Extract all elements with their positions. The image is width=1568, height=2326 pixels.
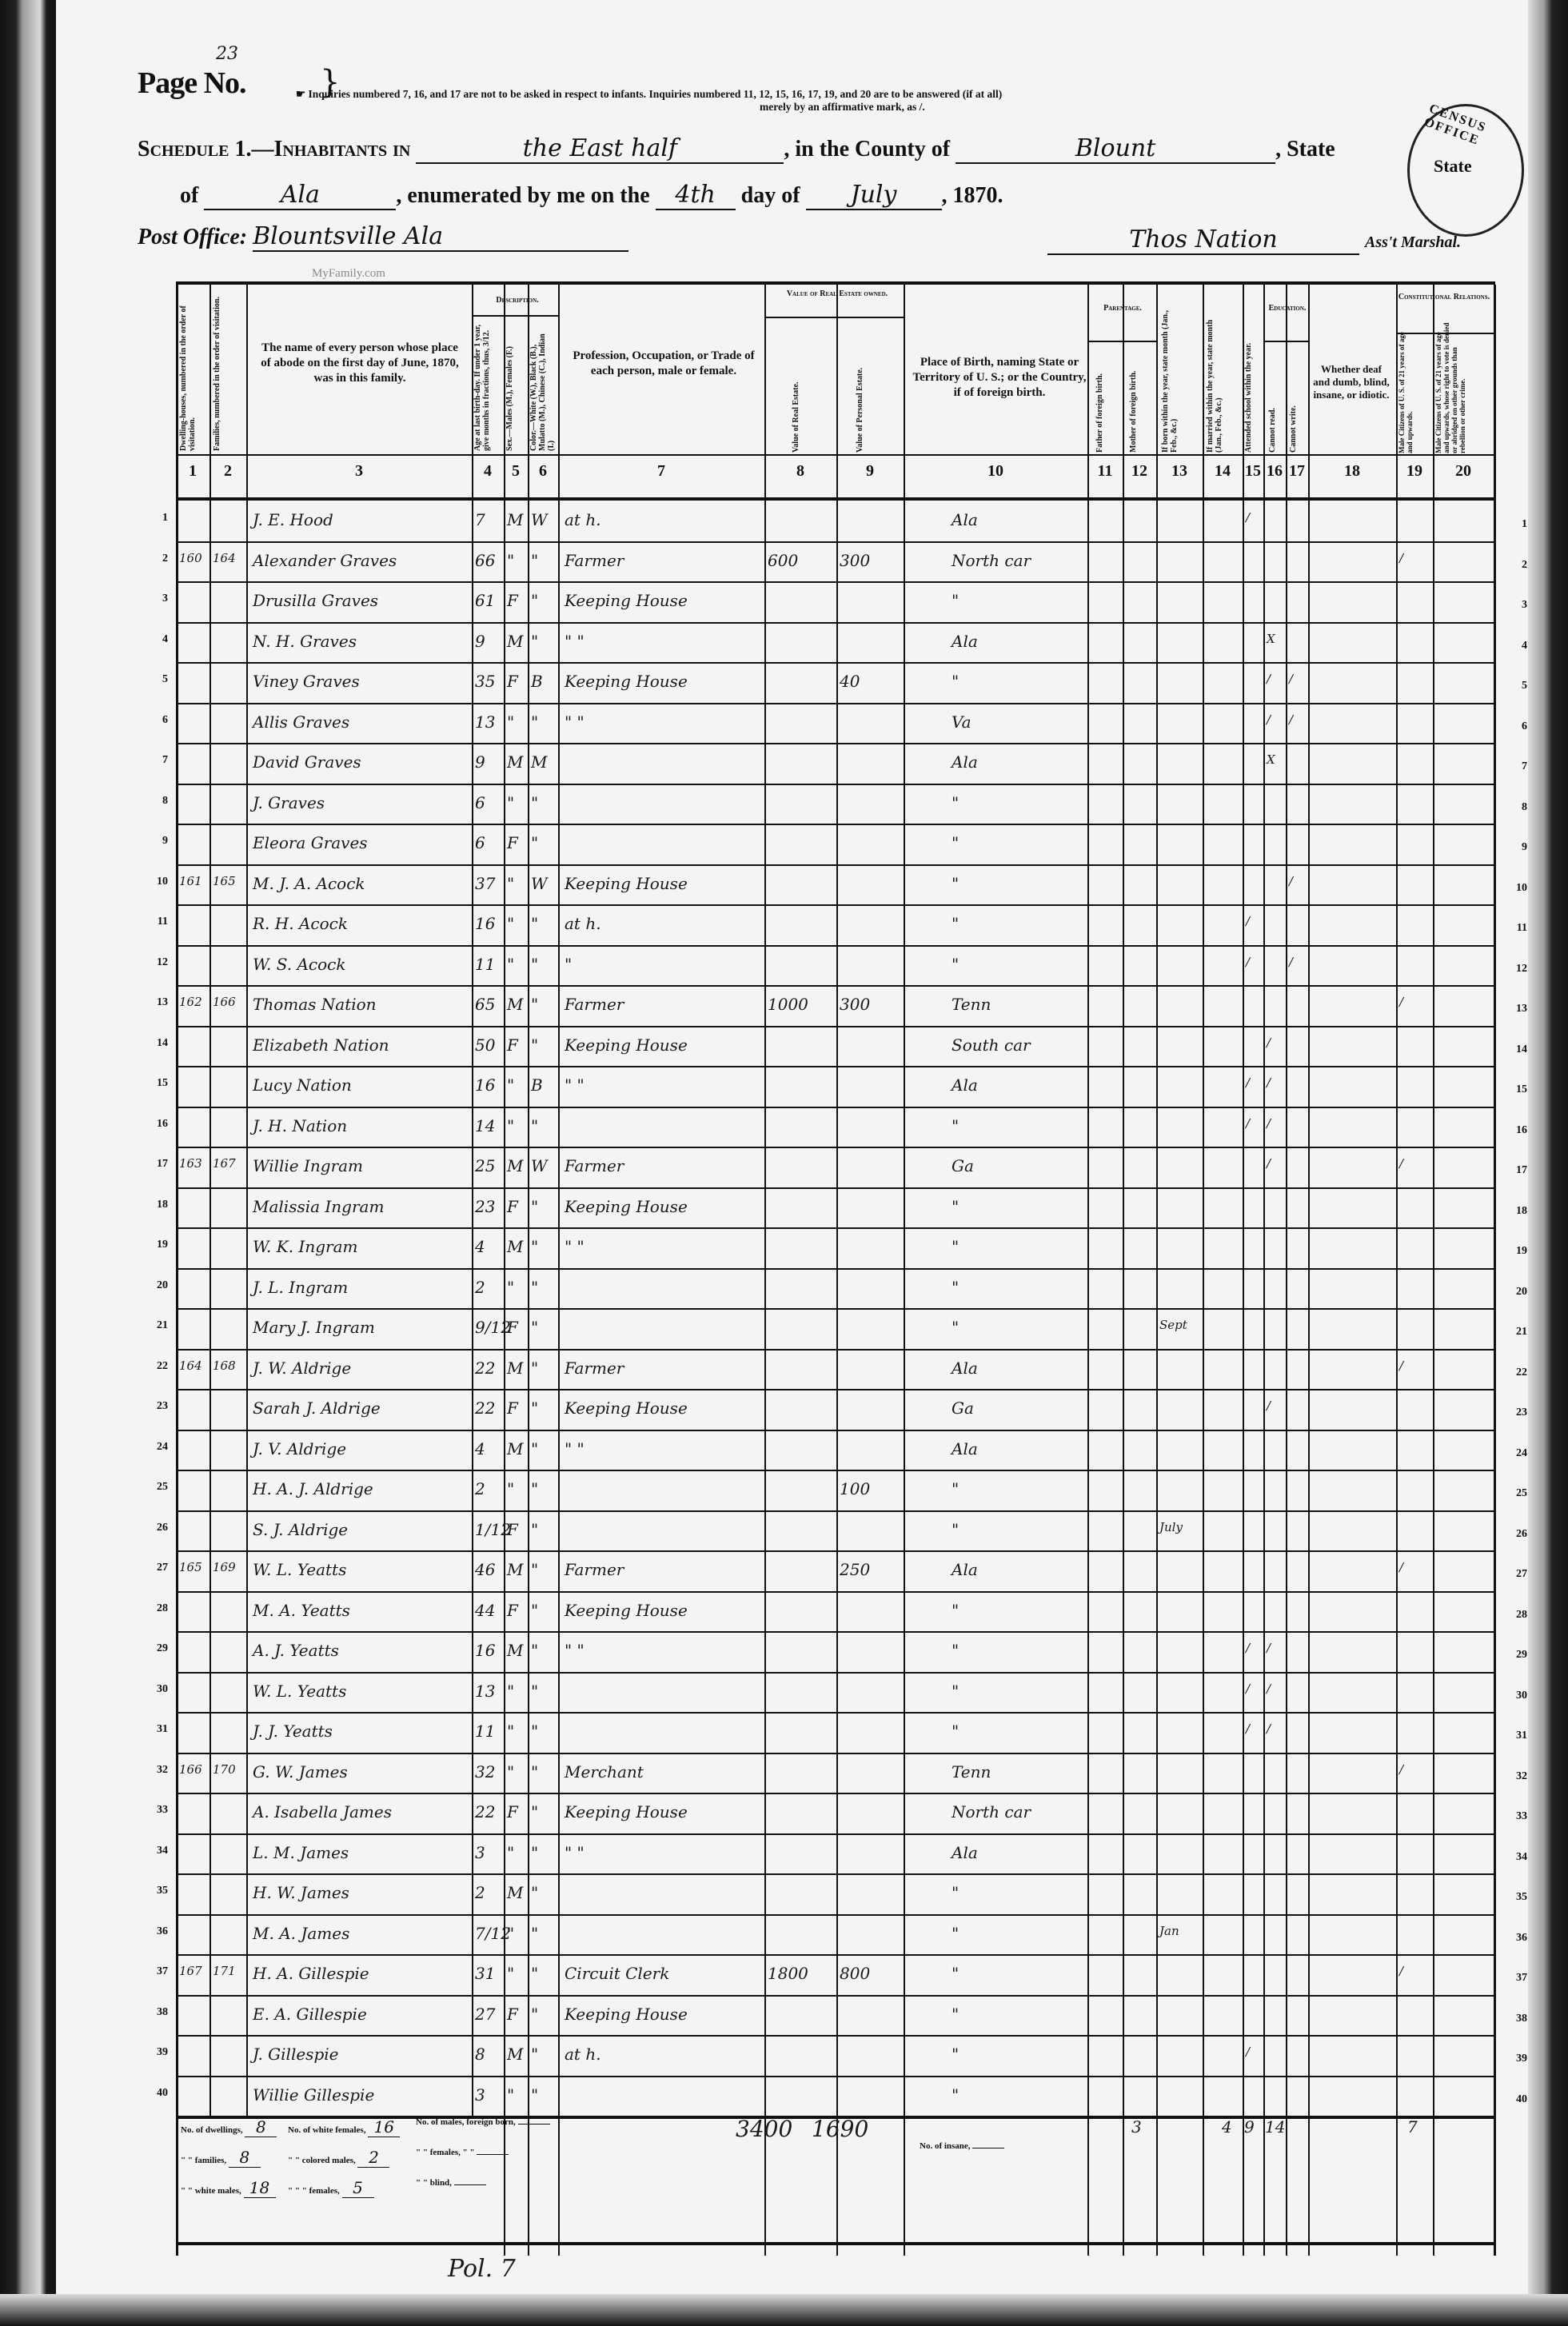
sex-cell: M xyxy=(507,510,523,529)
person-name-cell: Lucy Nation xyxy=(253,1075,352,1095)
cannot-read-cell: / xyxy=(1267,1075,1271,1090)
age-cell: 25 xyxy=(475,1156,495,1175)
totals-dwellings: No. of dwellings, 8 xyxy=(181,2117,277,2137)
color-cell: W xyxy=(531,510,548,529)
person-name-cell: J. Gillespie xyxy=(253,2045,338,2064)
cannot-read-cell: / xyxy=(1267,1722,1271,1736)
enumerated-label: , enumerated by me on the xyxy=(396,183,649,208)
row-divider xyxy=(176,784,1495,785)
birthplace-cell: " xyxy=(952,1278,959,1297)
age-cell: 7 xyxy=(475,510,485,529)
age-cell: 22 xyxy=(475,1802,495,1821)
row-divider xyxy=(176,1430,1495,1431)
column-number: 6 xyxy=(528,462,558,481)
totals-insane: No. of insane, xyxy=(920,2141,1004,2151)
personal-estate-value-cell: 100 xyxy=(840,1479,870,1498)
family-number-cell: 165 xyxy=(213,874,236,888)
line-number-right: 21 xyxy=(1503,1326,1527,1339)
line-number-right: 22 xyxy=(1503,1366,1527,1379)
sex-cell: M xyxy=(507,1560,523,1579)
column-number: 20 xyxy=(1433,462,1494,481)
total-personal-estate: 1690 xyxy=(812,2116,868,2142)
col-header-married-in-year: If married within the year, state month … xyxy=(1206,301,1238,453)
schedule-label: Schedule 1.—Inhabitants in xyxy=(138,137,410,162)
occupation-cell: Keeping House xyxy=(565,1197,688,1216)
person-name-cell: W. S. Acock xyxy=(253,955,345,974)
line-number-right: 28 xyxy=(1503,1609,1527,1622)
line-number-left: 34 xyxy=(144,1845,168,1857)
cannot-write-cell: / xyxy=(1289,955,1293,969)
column-number: 14 xyxy=(1203,462,1243,481)
totals-white-males: " " white males, 18 xyxy=(181,2178,276,2198)
line-number-right: 31 xyxy=(1503,1730,1527,1742)
color-cell: " xyxy=(531,1560,538,1579)
birthplace-cell: Ga xyxy=(952,1156,974,1175)
family-number-cell: 169 xyxy=(213,1560,236,1574)
post-office-label: Post Office: xyxy=(138,225,247,249)
age-cell: 65 xyxy=(475,995,495,1014)
age-cell: 1/12 xyxy=(475,1520,511,1539)
color-cell: " xyxy=(531,712,538,732)
inquiry-note: ☛ Inquiries numbered 7, 16, and 17 are n… xyxy=(296,88,1503,114)
column-divider xyxy=(246,285,248,2116)
row-divider xyxy=(176,2035,1495,2037)
sex-cell: M xyxy=(507,1358,523,1378)
line-number-left: 13 xyxy=(144,996,168,1009)
col-header-name: The name of every person whose place of … xyxy=(256,341,464,386)
family-number-cell: 168 xyxy=(213,1358,236,1373)
real-estate-value-cell: 1000 xyxy=(768,995,808,1014)
personal-estate-value-cell: 300 xyxy=(840,551,870,570)
row-divider xyxy=(176,1470,1495,1471)
column-divider xyxy=(1286,285,1287,2256)
occupation-cell: Keeping House xyxy=(565,672,688,691)
sex-cell: F xyxy=(507,1398,518,1418)
occupation-cell: Keeping House xyxy=(565,1398,688,1418)
column-number: 1 xyxy=(176,462,209,481)
occupation-cell: Farmer xyxy=(565,995,624,1014)
birthplace-cell: Tenn xyxy=(952,995,991,1014)
year-label: , 1870. xyxy=(942,183,1003,208)
birthplace-cell: " xyxy=(952,1237,959,1256)
family-number-cell: 167 xyxy=(213,1156,236,1171)
row-divider xyxy=(176,2076,1495,2077)
cannot-read-cell: X xyxy=(1267,752,1275,767)
family-number-cell: 171 xyxy=(213,1964,236,1978)
totals-white-females-label: No. of white females, xyxy=(288,2125,365,2135)
line-number-right: 30 xyxy=(1503,1690,1527,1702)
line-number-right: 15 xyxy=(1503,1083,1527,1096)
totals-insane-label: No. of insane, xyxy=(920,2141,971,2151)
male-citizen-cell: / xyxy=(1399,1964,1403,1978)
column-number: 8 xyxy=(764,462,836,481)
occupation-cell: " " xyxy=(565,1641,585,1660)
dwelling-number-cell: 166 xyxy=(179,1762,202,1777)
group-header-rule xyxy=(472,315,558,317)
marshal-label: Ass't Marshal. xyxy=(1365,233,1461,251)
cannot-read-cell: X xyxy=(1267,632,1275,646)
line-number-right: 39 xyxy=(1503,2053,1527,2065)
row-divider xyxy=(176,824,1495,825)
dwelling-number-cell: 164 xyxy=(179,1358,202,1373)
column-divider xyxy=(1087,285,1089,2256)
col-header-color: Color.—White (W.), Black (B.), Mulatto (… xyxy=(529,323,558,451)
row-divider xyxy=(176,1510,1495,1512)
age-cell: 46 xyxy=(475,1560,495,1579)
col-header-father-foreign: Father of foreign birth. xyxy=(1095,349,1113,453)
cannot-write-cell: / xyxy=(1289,672,1293,686)
line-number-left: 33 xyxy=(144,1804,168,1817)
birthplace-cell: " xyxy=(952,1318,959,1337)
occupation-cell: Merchant xyxy=(565,1762,644,1781)
person-name-cell: Willie Ingram xyxy=(253,1156,363,1175)
line-number-right: 25 xyxy=(1503,1487,1527,1500)
line-number-left: 25 xyxy=(144,1481,168,1494)
totals-dwellings-label: No. of dwellings, xyxy=(181,2125,243,2135)
col-header-birthplace: Place of Birth, naming State or Territor… xyxy=(912,355,1087,401)
born-in-year-month-cell: July xyxy=(1159,1520,1183,1534)
color-cell: B xyxy=(531,1075,543,1095)
line-number-left: 37 xyxy=(144,1965,168,1978)
person-name-cell: Allis Graves xyxy=(253,712,349,732)
row-divider xyxy=(176,541,1495,543)
person-name-cell: W. L. Yeatts xyxy=(253,1560,346,1579)
total-col13: 3 xyxy=(1131,2117,1142,2136)
age-cell: 3 xyxy=(475,1843,485,1862)
line-number-left: 32 xyxy=(144,1764,168,1777)
color-cell: B xyxy=(531,672,543,691)
column-divider xyxy=(558,285,560,2256)
born-in-year-month-cell: Sept xyxy=(1159,1318,1187,1332)
person-name-cell: Alexander Graves xyxy=(253,551,397,570)
cannot-read-cell: / xyxy=(1267,1398,1271,1413)
row-divider xyxy=(176,662,1495,664)
birthplace-cell: " xyxy=(952,1116,959,1135)
cannot-read-cell: / xyxy=(1267,712,1271,727)
person-name-cell: M. A. James xyxy=(253,1924,349,1943)
attended-school-cell: / xyxy=(1246,1116,1250,1131)
day-field: 4th xyxy=(656,181,736,210)
color-cell: " xyxy=(531,995,538,1014)
birthplace-cell: " xyxy=(952,591,959,610)
sex-cell: " xyxy=(507,1843,514,1862)
column-divider xyxy=(528,285,529,2256)
page-number-label: Page No. xyxy=(138,66,246,101)
line-number-left: 31 xyxy=(144,1723,168,1736)
birthplace-cell: " xyxy=(952,1520,959,1539)
line-number-left: 14 xyxy=(144,1037,168,1050)
color-cell: " xyxy=(531,551,538,570)
sex-cell: " xyxy=(507,1924,514,1943)
cannot-read-cell: / xyxy=(1267,1035,1271,1050)
col-header-personal-estate: Value of Personal Estate. xyxy=(856,333,880,453)
line-number-right: 1 xyxy=(1503,518,1527,531)
line-number-left: 24 xyxy=(144,1441,168,1454)
sex-cell: F xyxy=(507,1197,518,1216)
row-divider xyxy=(176,1591,1495,1593)
cannot-read-cell: / xyxy=(1267,1641,1271,1655)
occupation-cell: " " xyxy=(565,1439,585,1458)
occupation-cell: Keeping House xyxy=(565,874,688,893)
column-divider xyxy=(1396,285,1398,2256)
col-header-cannot-write: Cannot write. xyxy=(1289,357,1305,453)
color-cell: " xyxy=(531,1116,538,1135)
line-number-left: 7 xyxy=(144,754,168,767)
line-number-left: 21 xyxy=(144,1319,168,1332)
person-name-cell: Eleora Graves xyxy=(253,833,368,852)
marshal-line: Thos Nation Ass't Marshal. xyxy=(1047,225,1461,255)
line-number-right: 8 xyxy=(1503,801,1527,814)
sex-cell: " xyxy=(507,914,514,933)
birthplace-cell: " xyxy=(952,2005,959,2024)
occupation-cell: Keeping House xyxy=(565,591,688,610)
color-cell: " xyxy=(531,2005,538,2024)
line-number-right: 37 xyxy=(1503,1972,1527,1985)
birthplace-cell: Ala xyxy=(952,1843,978,1862)
totals-families: " " families, 8 xyxy=(181,2148,261,2168)
line-number-right: 32 xyxy=(1503,1770,1527,1783)
birthplace-cell: Ala xyxy=(952,1560,978,1579)
column-divider xyxy=(1433,285,1434,2256)
personal-estate-value-cell: 800 xyxy=(840,1964,870,1983)
line-number-right: 14 xyxy=(1503,1043,1527,1056)
totals-blind-value xyxy=(454,2184,486,2185)
col-header-born-in-year: If born within the year, state month (Ja… xyxy=(1161,301,1193,453)
line-number-left: 39 xyxy=(144,2046,168,2059)
age-cell: 11 xyxy=(475,1722,495,1741)
birthplace-cell: " xyxy=(952,955,959,974)
line-number-right: 17 xyxy=(1503,1164,1527,1177)
birthplace-cell: North car xyxy=(952,1802,1031,1821)
sex-cell: " xyxy=(507,1075,514,1095)
line-number-left: 17 xyxy=(144,1158,168,1171)
column-number: 10 xyxy=(904,462,1087,481)
row-divider xyxy=(176,1389,1495,1390)
occupation-cell: Keeping House xyxy=(565,1802,688,1821)
sex-cell: " xyxy=(507,551,514,570)
dwelling-number-cell: 167 xyxy=(179,1964,202,1978)
line-number-right: 24 xyxy=(1503,1447,1527,1460)
person-name-cell: J. J. Yeatts xyxy=(253,1722,333,1741)
person-name-cell: J. H. Nation xyxy=(253,1116,347,1135)
row-divider xyxy=(176,454,1495,456)
person-name-cell: Drusilla Graves xyxy=(253,591,378,610)
sex-cell: F xyxy=(507,2005,518,2024)
age-cell: 22 xyxy=(475,1358,495,1378)
color-cell: " xyxy=(531,1358,538,1378)
row-divider xyxy=(176,1349,1495,1351)
line-number-right: 38 xyxy=(1503,2013,1527,2025)
age-cell: 4 xyxy=(475,1237,485,1256)
occupation-cell: Keeping House xyxy=(565,1035,688,1055)
sex-cell: " xyxy=(507,793,514,812)
column-number: 3 xyxy=(246,462,472,481)
schedule-line: Schedule 1.—Inhabitants in the East half… xyxy=(138,134,1335,164)
occupation-cell: Farmer xyxy=(565,1358,624,1378)
age-cell: 6 xyxy=(475,833,485,852)
sex-cell: " xyxy=(507,1762,514,1781)
birthplace-cell: North car xyxy=(952,551,1031,570)
age-cell: 14 xyxy=(475,1116,495,1135)
birthplace-cell: " xyxy=(952,2045,959,2064)
totals-families-value: 8 xyxy=(229,2148,261,2168)
stamp-text: CENSUS OFFICE xyxy=(1422,102,1524,162)
sex-cell: " xyxy=(507,1479,514,1498)
row-divider xyxy=(176,1187,1495,1189)
color-cell: " xyxy=(531,1398,538,1418)
person-name-cell: L. M. James xyxy=(253,1843,349,1862)
male-citizen-cell: / xyxy=(1399,1156,1403,1171)
state-field: Ala xyxy=(204,181,396,210)
group-header-constitutional: Constitutional Relations. xyxy=(1395,293,1493,302)
col-header-voting-denied: Male Citizens of U. S. of 21 years of ag… xyxy=(1434,321,1490,453)
family-number-cell: 170 xyxy=(213,1762,236,1777)
age-cell: 16 xyxy=(475,914,495,933)
age-cell: 32 xyxy=(475,1762,495,1781)
occupation-cell: " " xyxy=(565,632,585,651)
line-number-left: 4 xyxy=(144,633,168,646)
person-name-cell: Sarah J. Aldrige xyxy=(253,1398,381,1418)
total-col19: 7 xyxy=(1407,2117,1418,2136)
attended-school-cell: / xyxy=(1246,1075,1250,1090)
age-cell: 66 xyxy=(475,551,495,570)
group-header-rule xyxy=(1087,341,1156,342)
line-number-left: 12 xyxy=(144,956,168,969)
person-name-cell: M. J. A. Acock xyxy=(253,874,365,893)
family-number-cell: 166 xyxy=(213,995,236,1009)
line-number-left: 20 xyxy=(144,1279,168,1292)
column-number: 11 xyxy=(1087,462,1123,481)
color-cell: " xyxy=(531,1762,538,1781)
age-cell: 31 xyxy=(475,1964,495,1983)
line-number-right: 19 xyxy=(1503,1245,1527,1258)
dwelling-number-cell: 161 xyxy=(179,874,202,888)
col-header-dwelling: Dwelling-houses, numbered in the order o… xyxy=(179,291,206,451)
dwelling-number-cell: 160 xyxy=(179,551,202,565)
color-cell: " xyxy=(531,1964,538,1983)
sex-cell: " xyxy=(507,1682,514,1701)
totals-colored-females: " " " females, 5 xyxy=(288,2178,374,2198)
age-cell: 2 xyxy=(475,1883,485,1902)
personal-estate-value-cell: 250 xyxy=(840,1560,870,1579)
sex-cell: M xyxy=(507,995,523,1014)
color-cell: " xyxy=(531,1520,538,1539)
col-header-cannot-read: Cannot read. xyxy=(1268,357,1284,453)
person-name-cell: J. E. Hood xyxy=(253,510,333,529)
sex-cell: F xyxy=(507,833,518,852)
occupation-cell: at h. xyxy=(565,914,601,933)
totals-white-males-value: 18 xyxy=(244,2178,276,2198)
male-citizen-cell: / xyxy=(1399,995,1403,1009)
color-cell: " xyxy=(531,1883,538,1902)
person-name-cell: M. A. Yeatts xyxy=(253,1601,350,1620)
line-number-left: 1 xyxy=(144,512,168,525)
line-number-right: 2 xyxy=(1503,559,1527,572)
personal-estate-value-cell: 300 xyxy=(840,995,870,1014)
inquiry-note-line1: ☛ Inquiries numbered 7, 16, and 17 are n… xyxy=(296,88,1002,100)
total-real-estate: 3400 xyxy=(736,2116,792,2142)
line-number-left: 8 xyxy=(144,795,168,808)
row-divider xyxy=(176,497,1495,501)
birthplace-cell: " xyxy=(952,1479,959,1498)
sex-cell: M xyxy=(507,1439,523,1458)
page-number-value: 23 xyxy=(216,44,238,64)
column-divider xyxy=(1243,285,1244,2256)
color-cell: " xyxy=(531,1035,538,1055)
occupation-cell: " " xyxy=(565,1843,585,1862)
male-citizen-cell: / xyxy=(1399,1762,1403,1777)
person-name-cell: J. Graves xyxy=(253,793,325,812)
col-header-family: Families, numbered in the order of visit… xyxy=(213,291,241,451)
sex-cell: M xyxy=(507,752,523,772)
person-name-cell: Thomas Nation xyxy=(253,995,377,1014)
totals-insane-value xyxy=(972,2148,1004,2148)
row-divider xyxy=(176,1833,1495,1835)
row-divider xyxy=(176,1873,1495,1875)
totals-females-foreign-label: " " females, " " xyxy=(416,2148,475,2157)
age-cell: 16 xyxy=(475,1641,495,1660)
age-cell: 11 xyxy=(475,955,495,974)
line-number-left: 19 xyxy=(144,1239,168,1251)
birthplace-cell: " xyxy=(952,672,959,691)
attended-school-cell: / xyxy=(1246,914,1250,928)
col-header-mother-foreign: Mother of foreign birth. xyxy=(1129,349,1147,453)
color-cell: " xyxy=(531,793,538,812)
line-number-right: 23 xyxy=(1503,1406,1527,1419)
sex-cell: F xyxy=(507,1520,518,1539)
totals-dwellings-value: 8 xyxy=(245,2117,277,2137)
age-cell: 50 xyxy=(475,1035,495,1055)
census-table: Dwelling-houses, numbered in the order o… xyxy=(176,281,1495,2245)
line-number-left: 40 xyxy=(144,2087,168,2100)
sex-cell: " xyxy=(507,1278,514,1297)
totals-blind-label: " " blind, xyxy=(416,2178,452,2188)
family-number-cell: 164 xyxy=(213,551,236,565)
birthplace-cell: " xyxy=(952,833,959,852)
line-number-right: 12 xyxy=(1503,963,1527,975)
column-divider xyxy=(1494,285,1496,2256)
line-number-left: 28 xyxy=(144,1602,168,1615)
totals-blind: " " blind, xyxy=(416,2178,486,2188)
person-name-cell: J. W. Aldrige xyxy=(253,1358,351,1378)
line-number-left: 10 xyxy=(144,876,168,888)
birthplace-cell: Va xyxy=(952,712,972,732)
column-divider xyxy=(504,285,505,2256)
occupation-cell: " xyxy=(565,955,572,974)
line-number-right: 34 xyxy=(1503,1851,1527,1864)
age-cell: 2 xyxy=(475,1479,485,1498)
line-number-left: 11 xyxy=(144,916,168,928)
dwelling-number-cell: 165 xyxy=(179,1560,202,1574)
birthplace-cell: Ala xyxy=(952,1439,978,1458)
totals-colored-males: " " colored males, 2 xyxy=(288,2148,389,2168)
column-number: 4 xyxy=(472,462,504,481)
row-divider xyxy=(176,985,1495,987)
male-citizen-cell: / xyxy=(1399,1358,1403,1373)
row-divider xyxy=(176,1793,1495,1794)
line-number-right: 20 xyxy=(1503,1286,1527,1299)
column-number: 19 xyxy=(1396,462,1433,481)
inquiry-note-line2: merely by an affirmative mark, as /. xyxy=(296,101,1503,114)
totals-males-foreign: No. of males, foreign born, xyxy=(416,2117,550,2127)
column-number: 13 xyxy=(1156,462,1203,481)
attended-school-cell: / xyxy=(1246,1722,1250,1736)
post-office-line: Post Office: Blountsville Ala xyxy=(138,222,628,252)
occupation-cell: at h. xyxy=(565,510,601,529)
line-number-right: 11 xyxy=(1503,922,1527,935)
row-divider xyxy=(176,1712,1495,1714)
occupation-cell: Keeping House xyxy=(565,1601,688,1620)
